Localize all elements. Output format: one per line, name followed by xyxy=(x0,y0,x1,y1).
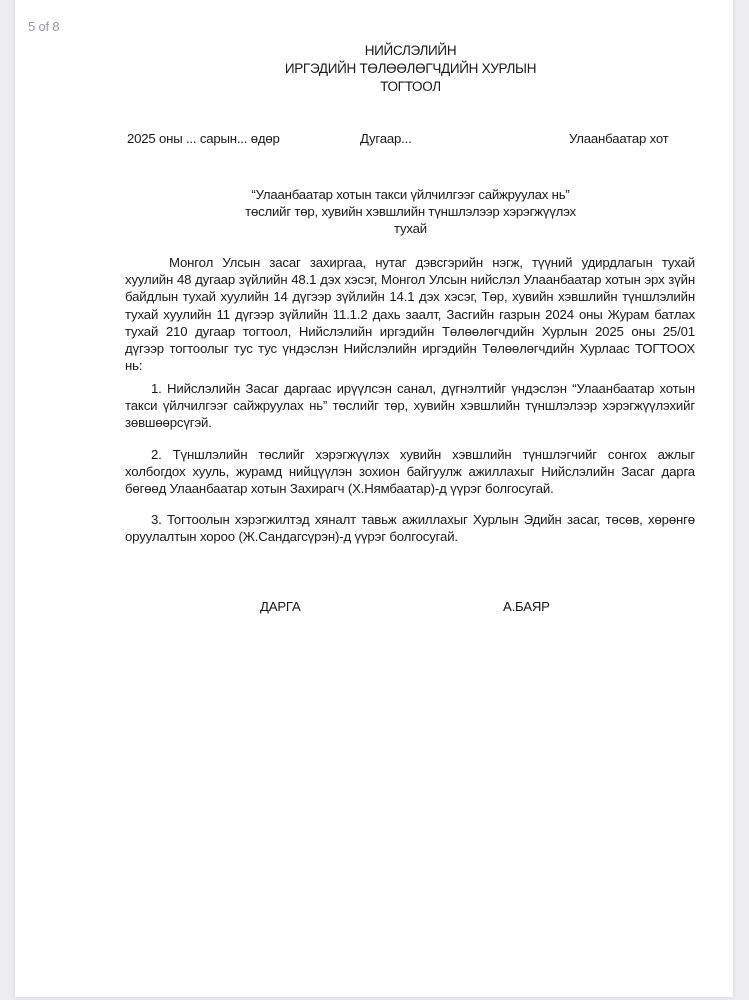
document-viewer[interactable]: 5 of 8 НИЙСЛЭЛИЙН ИРГЭДИЙН ТӨЛӨӨЛӨГЧДИЙН… xyxy=(0,0,749,1000)
document-number: Дугаар... xyxy=(360,131,412,146)
clause-3: 3. Тогтоолын хэрэгжилтэд хяналт тавьж аж… xyxy=(125,511,695,545)
header-org-line2: ИРГЭДИЙН ТӨЛӨӨЛӨГЧДИЙН ХУРЛЫН xyxy=(36,60,749,78)
subject-line3: тухай xyxy=(36,220,749,237)
clause-1: 1. Нийслэлийн Засаг даргаас ирүүлсэн сан… xyxy=(125,380,695,432)
header-doc-type: ТОГТООЛ xyxy=(36,78,749,96)
signature-title: ДАРГА xyxy=(260,599,301,614)
signature-name: А.БАЯР xyxy=(503,599,550,614)
document-place: Улаанбаатар хот xyxy=(569,131,669,146)
preamble-paragraph: Монгол Улсын засаг захиргаа, нутаг дэвсг… xyxy=(125,254,695,374)
header-org-line1: НИЙСЛЭЛИЙН xyxy=(36,42,749,60)
document-page[interactable] xyxy=(15,0,733,997)
subject-line1: “Улаанбаатар хотын такси үйлчилгээг сайж… xyxy=(36,186,749,203)
page-indicator: 5 of 8 xyxy=(28,19,59,34)
clause-2: 2. Түншлэлийн төслийг хэрэгжүүлэх хувийн… xyxy=(125,446,695,498)
document-date: 2025 оны ... сарын... өдөр xyxy=(127,131,280,146)
subject-line2: төслийг төр, хувийн хэвшлийн түншлэлээр … xyxy=(36,203,749,220)
